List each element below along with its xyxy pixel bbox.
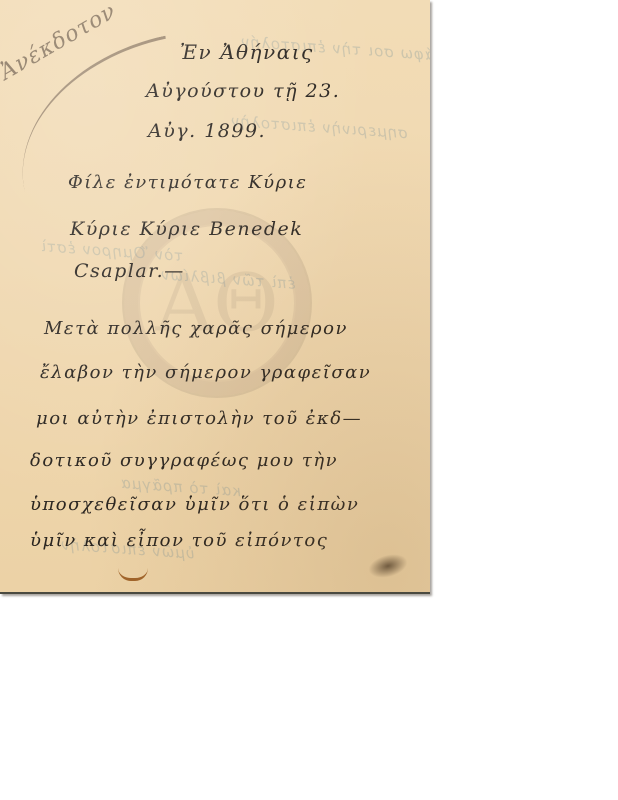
heading-place: Ἐν Ἀθήναις xyxy=(180,40,314,64)
body-line: Μετὰ πολλῆς χαρᾶς σήμερον xyxy=(44,318,348,339)
salutation-line: Κύριε Κύριε Benedek xyxy=(70,218,303,240)
body-line: ὑποσχεθεῖσαν ὑμῖν ὅτι ὁ εἰπὼν xyxy=(30,494,359,515)
letter-page: ΑΘ γράφω σοι τὴν ἐπιστολήν σημερινὴν ἐπι… xyxy=(0,0,430,594)
ink-smudge xyxy=(366,550,410,582)
body-line: δοτικοῦ συγγραφέως μου τὴν xyxy=(30,450,338,471)
heading-year: Αὐγ. 1899. xyxy=(148,120,266,142)
body-line: μοι αὐτὴν ἐπιστολὴν τοῦ ἐκδ— xyxy=(36,408,362,429)
body-line: ἔλαβον τὴν σήμερον γραφεῖσαν xyxy=(40,362,371,383)
body-line: ὑμῖν καὶ εἶπον τοῦ εἰπόντος xyxy=(30,530,328,551)
salutation-line: Csaplar.— xyxy=(74,260,185,282)
salutation-line: Φίλε ἐντιμότατε Κύριε xyxy=(68,172,307,193)
heading-date: Αὐγούστου τῇ 23. xyxy=(146,80,340,102)
ink-mark xyxy=(118,568,148,581)
